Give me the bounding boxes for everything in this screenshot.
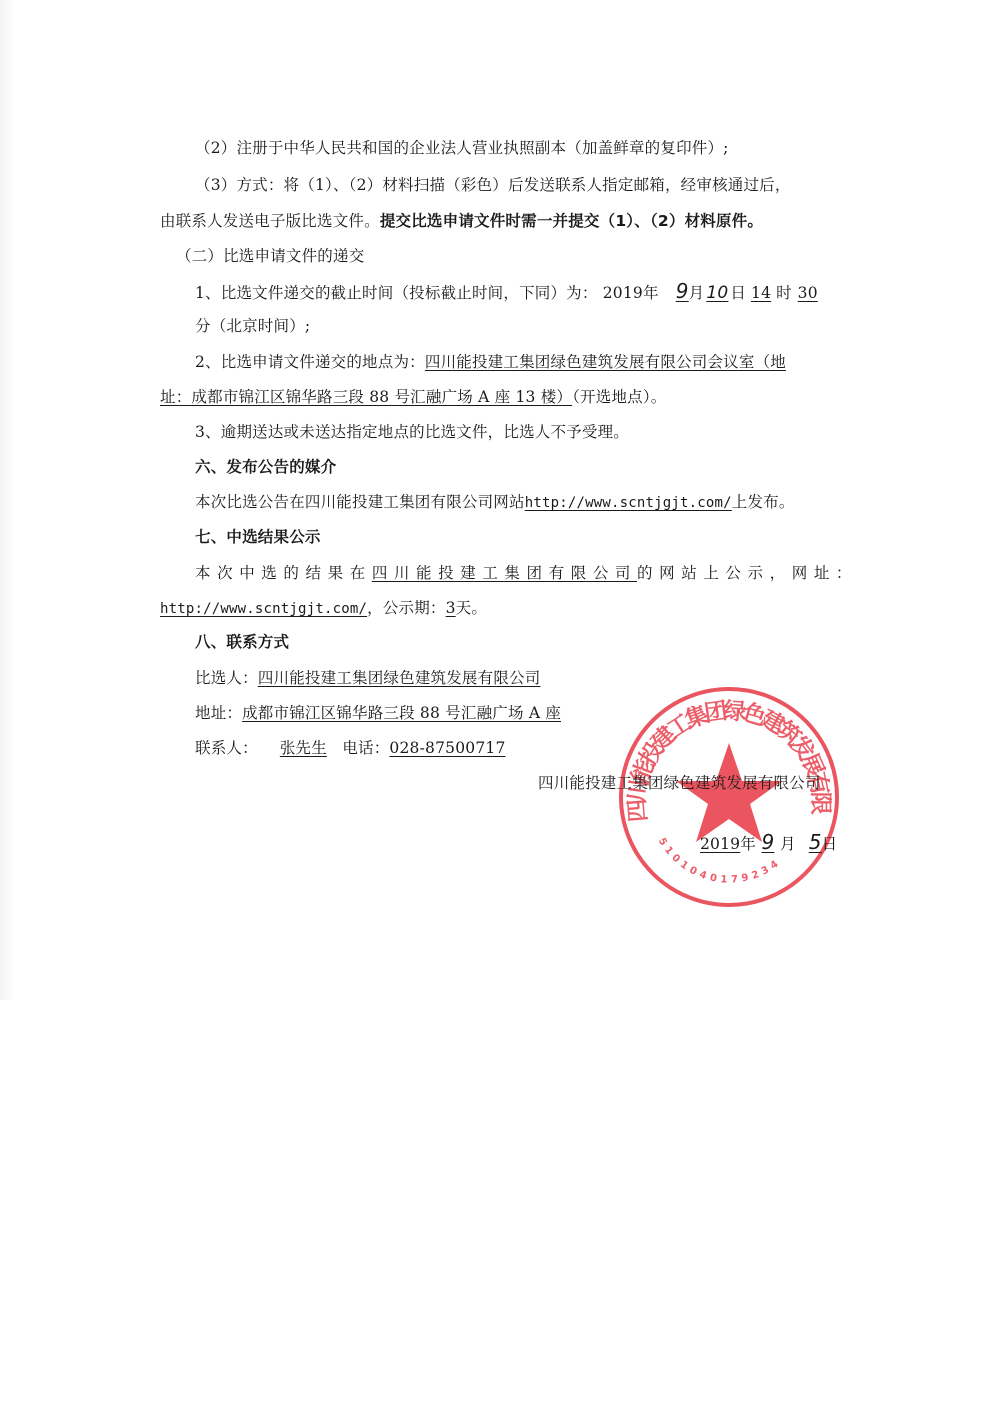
address-label: 地址： [195,704,242,722]
deadline-day-unit: 日 [730,284,746,302]
phone-value: 028-87500717 [389,739,505,757]
contact-value: 张先生 [280,739,327,757]
selector-label: 比选人： [195,669,258,687]
signature-month-blank: 9 [756,832,780,854]
section-6-heading-text: 六、发布公告的媒介 [195,458,336,476]
deadline-minute: 30 [792,283,818,303]
signature-company-text: 四川能投建工集团绿色建筑发展有限公司 [538,774,821,792]
deadline-hour: 14 [746,283,776,303]
period-label: ，公示期： [367,599,446,617]
seal-arc-text: 四川能投建工集团绿色建筑发展有限公司 [615,683,834,823]
requirement-item-3-text-cont: 由联系人发送电子版比选文件。 [160,212,380,230]
section-7-heading: 七、中选结果公示 [195,527,321,547]
late-notice: 3、逾期送达或未送达指定地点的比选文件，比选人不予受理。 [195,422,629,442]
contact-line: 联系人：张先生 电话：028-87500717 [195,738,506,758]
requirement-item-3-bold-note: 提交比选申请文件时需一并提交（1）、（2）材料原件。 [380,212,763,230]
location-suffix: （开选地点）。 [572,388,666,406]
contact-label: 联系人： [195,739,258,757]
period-unit: 天。 [456,599,487,617]
period-value: 3 [446,599,456,617]
section-8-heading: 八、联系方式 [195,632,289,652]
requirement-item-2-text: （2）注册于中华人民共和国的企业法人营业执照副本（加盖鲜章的复印件）; [195,139,729,157]
deadline-day-blank: 10 [704,283,730,303]
signature-year: 2019 [700,835,740,853]
location-prefix: 2、比选申请文件递交的地点为： [195,353,425,371]
address-value: 成都市锦江区锦华路三段 88 号汇融广场 A 座 [242,704,561,722]
section-2-heading: （二）比选申请文件的递交 [176,246,364,266]
late-notice-text: 3、逾期送达或未送达指定地点的比选文件，比选人不予受理。 [195,423,629,441]
location-value: 四川能投建工集团绿色建筑发展有限公司会议室（地 [425,353,786,371]
deadline-minute-unit: 分（北京时间）; [195,317,310,335]
requirement-item-3-line1: （3）方式：将（1）、（2）材料扫描（彩色）后发送联系人指定邮箱，经审核通过后， [195,175,791,195]
deadline-prefix: 1、比选文件递交的截止时间（投标截止时间，下同）为： [195,284,598,302]
section-7-text: 本次中选的结果在四川能投建工集团有限公司的网站上公示，网址： [195,563,858,583]
section-7-heading-text: 七、中选结果公示 [195,528,321,546]
section-7-prefix: 本次中选的结果在 [195,564,372,582]
contact-blank: 张先生 [258,738,327,758]
location-address: 址：成都市锦江区锦华路三段 88 号汇融广场 A 座 13 楼） [160,388,572,406]
section-6-heading: 六、发布公告的媒介 [195,457,336,477]
deadline-line: 1、比选文件递交的截止时间（投标截止时间，下同）为： 2019年9月10日14时… [195,281,818,303]
deadline-line-cont: 分（北京时间）; [195,316,310,336]
section-7-company: 四川能投建工集团有限公司 [372,564,637,582]
deadline-year-unit: 年 [643,284,659,302]
website-link[interactable]: http://www.scntjgjt.com/ [525,495,732,511]
section-7-text-cont: http://www.scntjgjt.com/，公示期：3天。 [160,598,487,619]
scan-edge-shadow [0,0,14,1000]
section-6-suffix: 上发布。 [732,493,795,511]
deadline-month-unit: 月 [689,284,705,302]
deadline-year: 2019 [603,284,643,302]
requirement-item-3-line2: 由联系人发送电子版比选文件。提交比选申请文件时需一并提交（1）、（2）材料原件。 [160,211,763,231]
seal-ring [621,689,837,905]
location-line1: 2、比选申请文件递交的地点为：四川能投建工集团绿色建筑发展有限公司会议室（地 [195,352,786,372]
signature-company: 四川能投建工集团绿色建筑发展有限公司 [538,773,821,793]
phone-label: 电话： [342,739,389,757]
requirement-item-2: （2）注册于中华人民共和国的企业法人营业执照副本（加盖鲜章的复印件）; [195,138,729,158]
signature-date: 2019年9月5日 [700,832,837,854]
signature-month-unit: 月 [780,835,796,853]
section-8-heading-text: 八、联系方式 [195,633,289,651]
selector-line: 比选人：四川能投建工集团绿色建筑发展有限公司 [195,668,540,688]
deadline-month-handwritten: 9 [676,279,689,303]
result-website-link[interactable]: http://www.scntjgjt.com/ [160,601,367,617]
deadline-month-blank: 9 [659,281,689,303]
section-6-prefix: 本次比选公告在四川能投建工集团有限公司网站 [195,493,525,511]
requirement-item-3-text: （3）方式：将（1）、（2）材料扫描（彩色）后发送联系人指定邮箱，经审核通过后， [195,176,791,194]
deadline-day-handwritten: 10 [706,283,728,303]
official-seal-stamp: 四川能投建工集团绿色建筑发展有限公司 5101040179234 [615,683,843,911]
signature-month-handwritten: 9 [761,830,774,854]
signature-year-unit: 年 [740,835,756,853]
deadline-hour-unit: 时 [776,284,792,302]
section-7-mid: 的网站上公示，网址： [637,564,858,582]
signature-day-handwritten: 5 [809,830,822,854]
selector-value: 四川能投建工集团绿色建筑发展有限公司 [258,669,541,687]
address-line: 地址：成都市锦江区锦华路三段 88 号汇融广场 A 座 [195,703,561,723]
section-2-heading-text: （二）比选申请文件的递交 [176,247,364,265]
section-6-text: 本次比选公告在四川能投建工集团有限公司网站http://www.scntjgjt… [195,492,795,513]
signature-day-unit: 日 [822,835,838,853]
location-line2: 址：成都市锦江区锦华路三段 88 号汇融广场 A 座 13 楼）（开选地点）。 [160,387,667,407]
signature-day-blank: 5 [796,832,822,854]
